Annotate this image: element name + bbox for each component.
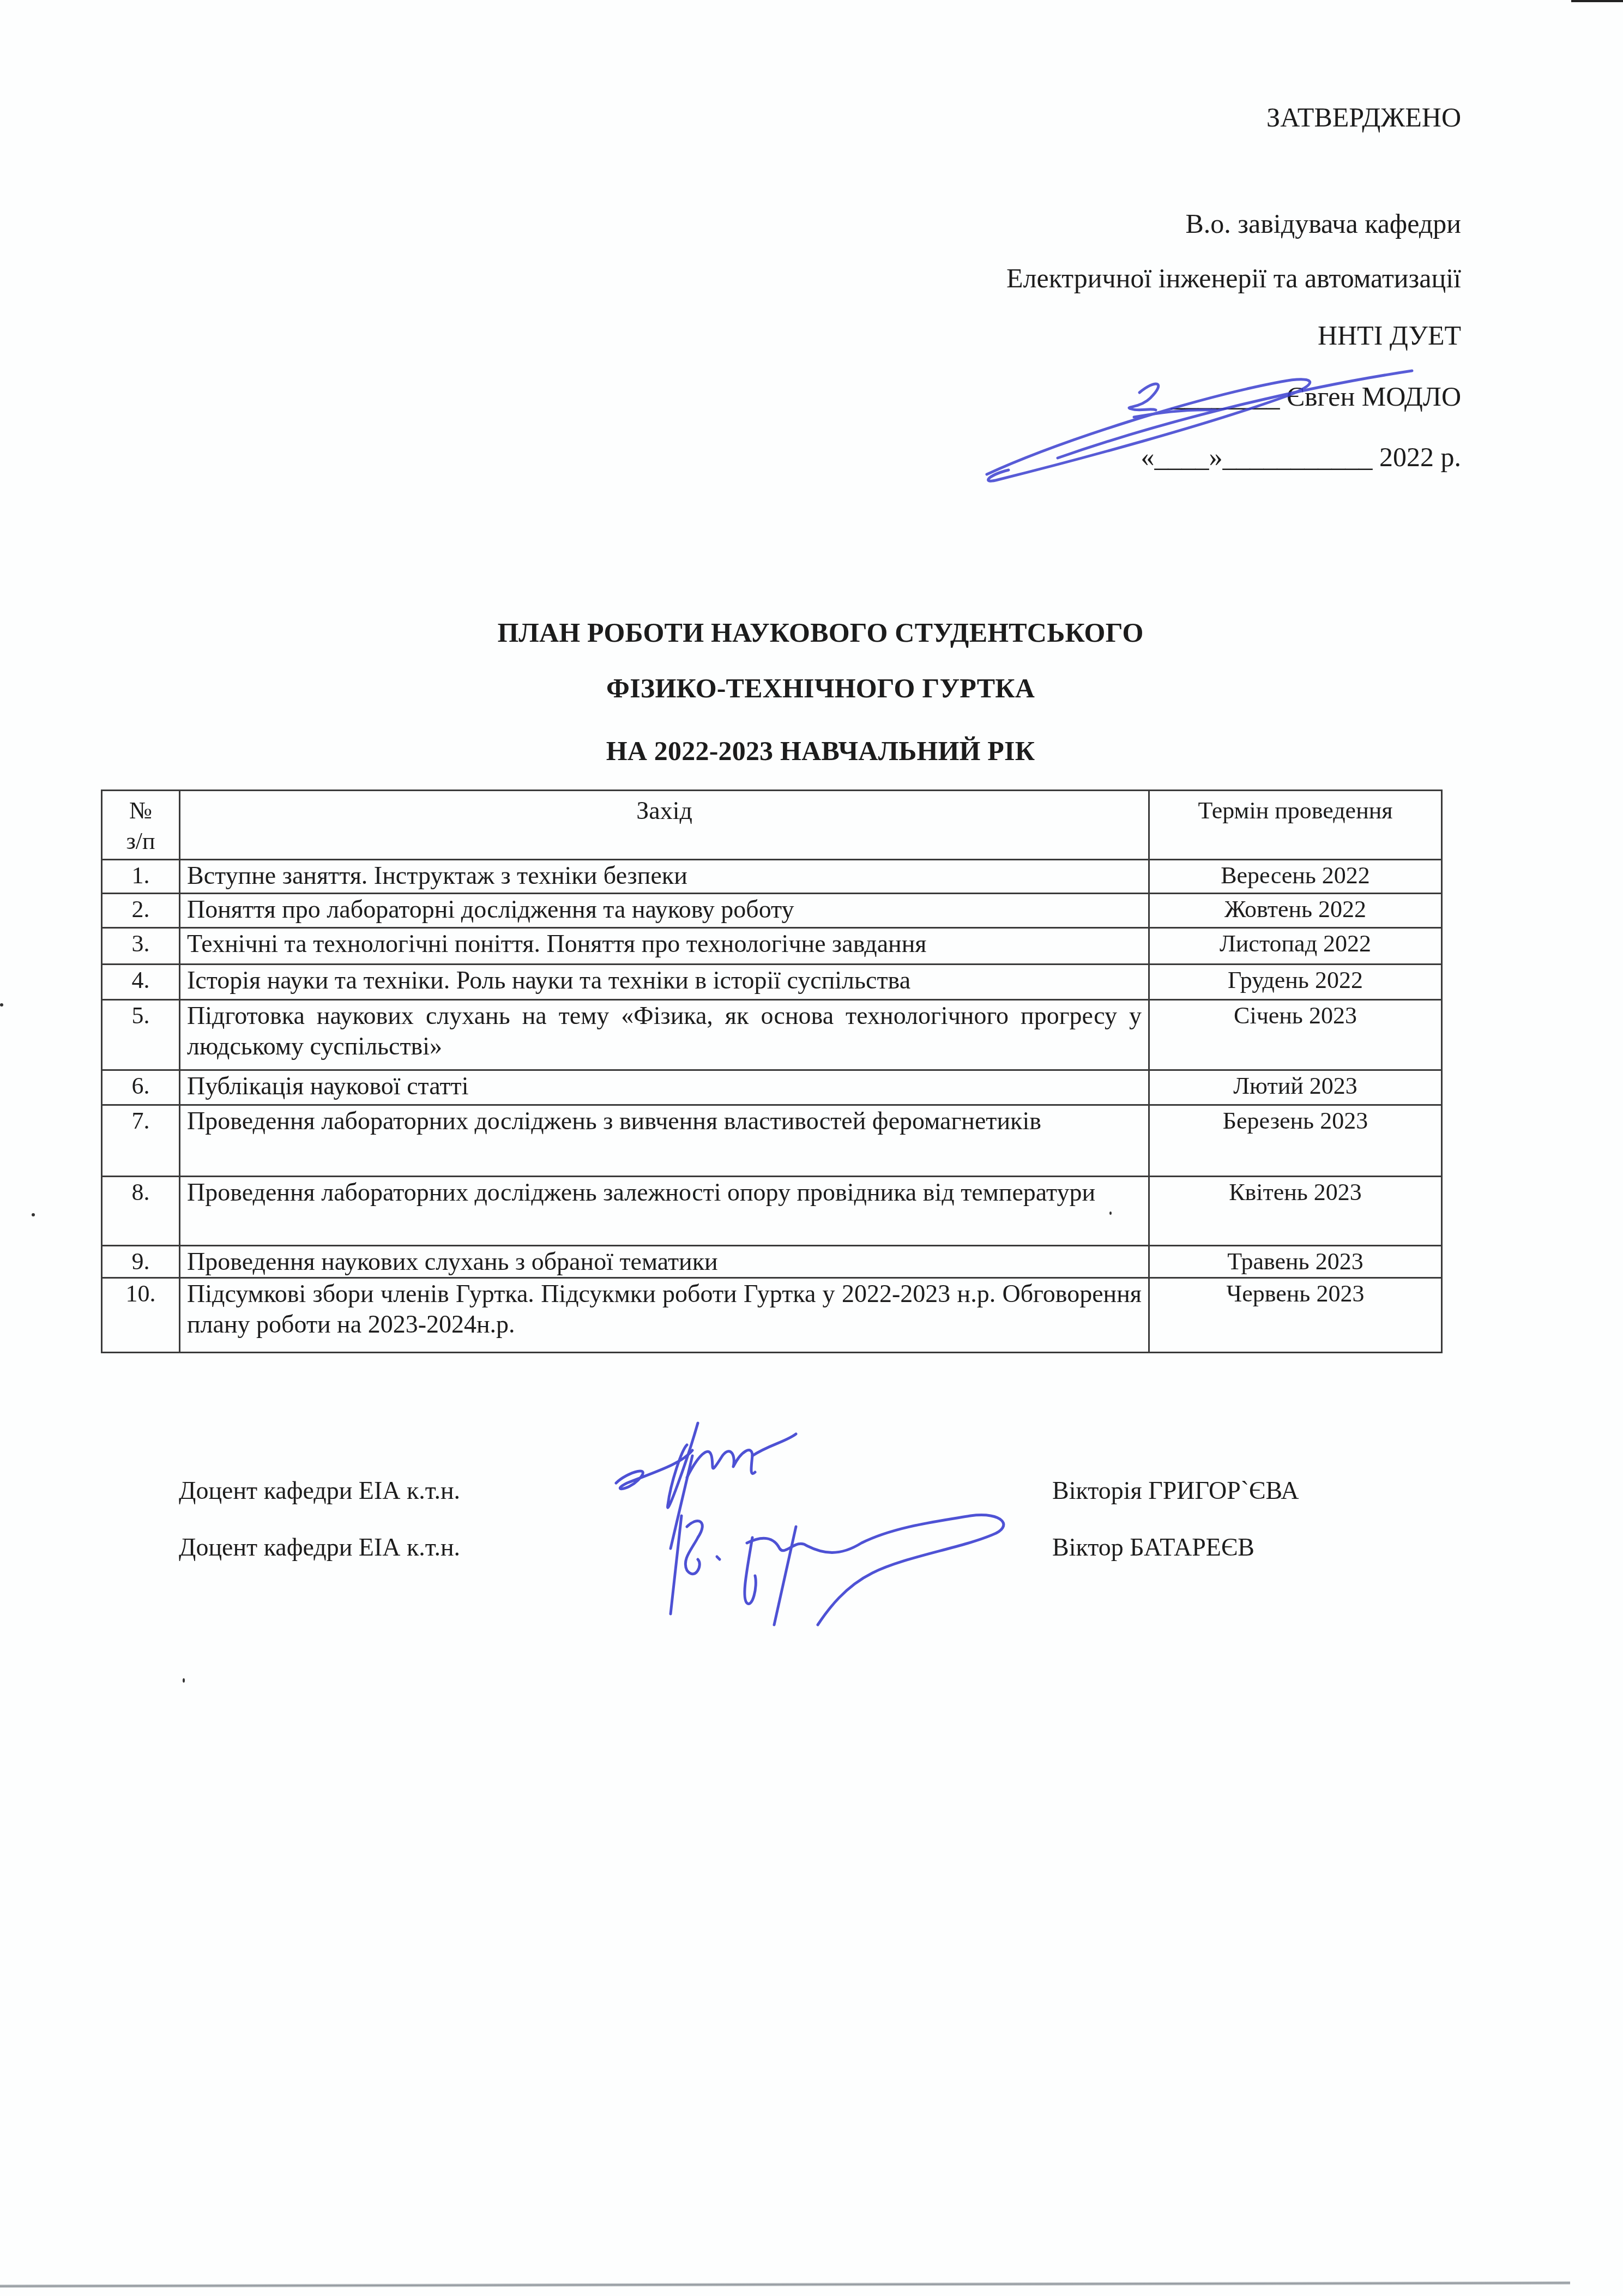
row-date: Вересень 2022 <box>1149 860 1442 894</box>
row-number: 3. <box>102 928 180 965</box>
row-date: Березень 2023 <box>1149 1105 1442 1177</box>
scan-speck <box>1109 1212 1112 1215</box>
table-header-row: № з/п Захід Термін проведення <box>102 791 1442 860</box>
title-line-3: НА 2022-2023 НАВЧАЛЬНИЙ РІК <box>0 734 1623 767</box>
column-header-number: № з/п <box>102 791 180 860</box>
row-date: Листопад 2022 <box>1149 928 1442 965</box>
title-line-2: ФІЗИКО-ТЕХНІЧНОГО ГУРТКА <box>0 672 1623 704</box>
row-number: 4. <box>102 965 180 1000</box>
row-event: Технічні та технологічні поніття. Понятт… <box>180 928 1149 965</box>
row-number: 6. <box>102 1070 180 1105</box>
plan-table: № з/п Захід Термін проведення 1.Вступне … <box>101 790 1443 1353</box>
row-number: 10. <box>102 1278 180 1353</box>
scan-speck <box>32 1213 35 1216</box>
row-number: 7. <box>102 1105 180 1177</box>
table-row: 9.Проведення наукових слухань з обраної … <box>102 1246 1442 1278</box>
row-number: 9. <box>102 1246 180 1278</box>
row-number: 1. <box>102 860 180 894</box>
row-date: Червень 2023 <box>1149 1278 1442 1353</box>
signature-batareiev <box>665 1505 1058 1630</box>
approval-institution: ННТІ ДУЕТ <box>1318 319 1461 352</box>
approval-signatory: ________ Євген МОДЛО <box>1171 380 1461 413</box>
approval-date: «____»___________ 2022 р. <box>1141 441 1462 473</box>
table-row: 10.Підсумкові збори членів Гуртка. Підсу… <box>102 1278 1442 1353</box>
table-row: 6.Публікація наукової статтіЛютий 2023 <box>102 1070 1442 1105</box>
approval-heading: ЗАТВЕРДЖЕНО <box>1266 101 1461 134</box>
signature-hryhorieva <box>605 1412 889 1554</box>
signatory-name: Віктор БАТАРЕЄВ <box>1052 1532 1254 1563</box>
approval-position: В.о. завідувача кафедри <box>1185 207 1461 240</box>
scan-edge-top <box>1571 0 1623 2</box>
row-event: Підготовка наукових слухань на тему «Фіз… <box>180 1000 1149 1070</box>
row-event: Проведення наукових слухань з обраної те… <box>180 1246 1149 1278</box>
row-date: Лютий 2023 <box>1149 1070 1442 1105</box>
row-date: Грудень 2022 <box>1149 965 1442 1000</box>
row-event: Поняття про лабораторні дослідження та н… <box>180 894 1149 928</box>
column-header-date: Термін проведення <box>1149 791 1442 860</box>
number-sign: № <box>109 796 172 826</box>
table-row: 1.Вступне заняття. Інструктаж з техніки … <box>102 860 1442 894</box>
table-row: 3.Технічні та технологічні поніття. Поня… <box>102 928 1442 965</box>
scan-edge-bottom <box>0 2281 1570 2288</box>
table-row: 4.Історія науки та техніки. Роль науки т… <box>102 965 1442 1000</box>
row-event: Проведення лабораторних досліджень з вив… <box>180 1105 1149 1177</box>
column-header-event: Захід <box>180 791 1149 860</box>
table-row: 5.Підготовка наукових слухань на тему «Ф… <box>102 1000 1442 1070</box>
scan-speck <box>183 1678 185 1683</box>
table-body: 1.Вступне заняття. Інструктаж з техніки … <box>102 860 1442 1353</box>
table-row: 2.Поняття про лабораторні дослідження та… <box>102 894 1442 928</box>
row-date: Жовтень 2022 <box>1149 894 1442 928</box>
table-row: 8.Проведення лабораторних досліджень зал… <box>102 1177 1442 1246</box>
table-row: 7.Проведення лабораторних досліджень з в… <box>102 1105 1442 1177</box>
row-event: Вступне заняття. Інструктаж з техніки бе… <box>180 860 1149 894</box>
row-event: Підсумкові збори членів Гуртка. Підсукмк… <box>180 1278 1149 1353</box>
row-date: Січень 2023 <box>1149 1000 1442 1070</box>
signatory-position: Доцент кафедри ЕІА к.т.н. <box>179 1532 460 1563</box>
signatory-name: Вікторія ГРИГОР`ЄВА <box>1052 1475 1299 1506</box>
row-event: Історія науки та техніки. Роль науки та … <box>180 965 1149 1000</box>
row-number: 5. <box>102 1000 180 1070</box>
row-date: Травень 2023 <box>1149 1246 1442 1278</box>
row-date: Квітень 2023 <box>1149 1177 1442 1246</box>
approval-department: Електричної інженерії та автоматизації <box>1006 262 1461 294</box>
scan-speck <box>0 1003 3 1007</box>
row-event: Проведення лабораторних досліджень залеж… <box>180 1177 1149 1246</box>
number-abbrev: з/п <box>109 826 172 857</box>
row-number: 8. <box>102 1177 180 1246</box>
row-number: 2. <box>102 894 180 928</box>
signatory-position: Доцент кафедри ЕІА к.т.н. <box>179 1475 460 1506</box>
title-line-1: ПЛАН РОБОТИ НАУКОВОГО СТУДЕНТСЬКОГО <box>0 616 1623 649</box>
row-event: Публікація наукової статті <box>180 1070 1149 1105</box>
